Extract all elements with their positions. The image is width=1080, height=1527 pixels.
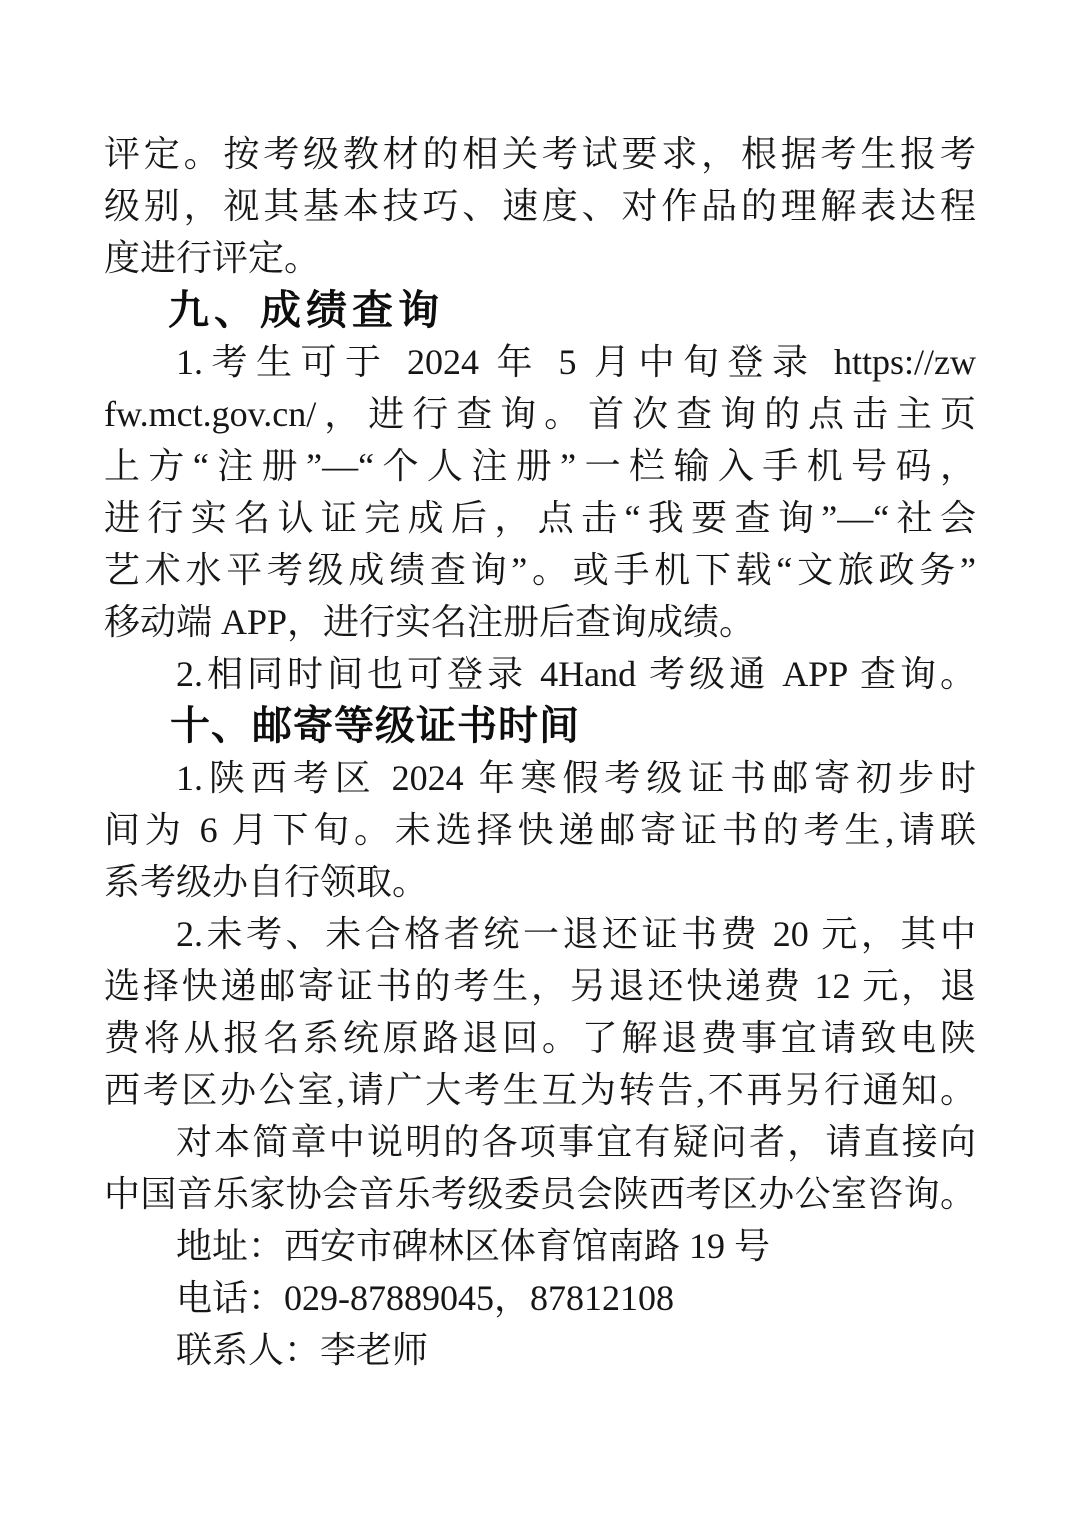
- section10-line-1: 1.陕西考区 2024 年寒假考级证书邮寄初步时: [104, 752, 976, 804]
- section9-line-2: fw.mct.gov.cn/，进行查询。首次查询的点击主页: [104, 388, 976, 440]
- section9-line-3: 上方“注册”—“个人注册”一栏输入手机号码，: [104, 440, 976, 492]
- intro-line-1: 评定。按考级教材的相关考试要求，根据考生报考: [104, 128, 976, 180]
- section-heading-ten-certificate-mailing: 十、邮寄等级证书时间: [104, 700, 976, 752]
- section9-line-1: 1.考生可于 2024 年 5 月中旬登录 https://zw: [104, 336, 976, 388]
- section10-line-4: 2.未考、未合格者统一退还证书费 20 元，其中: [104, 908, 976, 960]
- section10-line-3: 系考级办自行领取。: [104, 856, 976, 908]
- section9-line-5: 艺术水平考级成绩查询”。或手机下载“文旅政务”: [104, 544, 976, 596]
- contact-person: 联系人：李老师: [104, 1324, 976, 1376]
- document-page: 评定。按考级教材的相关考试要求，根据考生报考 级别，视其基本技巧、速度、对作品的…: [0, 0, 1080, 1527]
- section9-line-6: 移动端 APP，进行实名注册后查询成绩。: [104, 596, 976, 648]
- contact-address: 地址：西安市碑林区体育馆南路 19 号: [104, 1220, 976, 1272]
- intro-line-2: 级别，视其基本技巧、速度、对作品的理解表达程: [104, 180, 976, 232]
- contact-phone: 电话：029-87889045，87812108: [104, 1272, 976, 1324]
- closing-line-2: 中国音乐家协会音乐考级委员会陕西考区办公室咨询。: [104, 1168, 976, 1220]
- section10-line-6: 费将从报名系统原路退回。了解退费事宜请致电陕: [104, 1012, 976, 1064]
- section-heading-nine-score-inquiry: 九、成绩查询: [104, 284, 976, 336]
- intro-line-3: 度进行评定。: [104, 232, 976, 284]
- closing-line-1: 对本简章中说明的各项事宜有疑问者，请直接向: [104, 1116, 976, 1168]
- section10-line-7: 西考区办公室,请广大考生互为转告,不再另行通知。: [104, 1064, 976, 1116]
- section10-line-5: 选择快递邮寄证书的考生，另退还快递费 12 元，退: [104, 960, 976, 1012]
- section9-line-7: 2.相同时间也可登录 4Hand 考级通 APP 查询。: [104, 648, 976, 700]
- section9-line-4: 进行实名认证完成后，点击“我要查询”—“社会: [104, 492, 976, 544]
- section10-line-2: 间为 6 月下旬。未选择快递邮寄证书的考生,请联: [104, 804, 976, 856]
